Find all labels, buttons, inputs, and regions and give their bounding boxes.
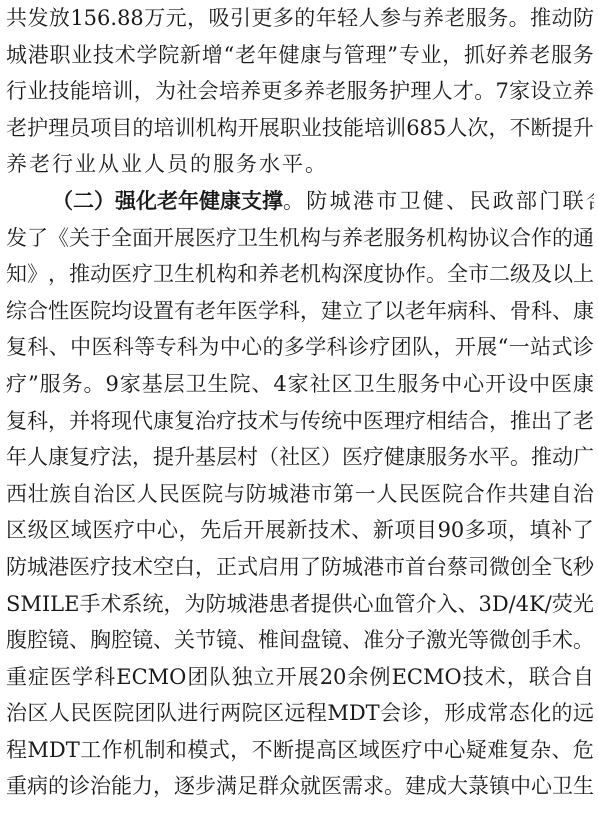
text-line: 疗”服务。9家基层卫生院、4家社区卫生服务中心开设中医康 [6, 366, 594, 403]
text-line: 区级区域医疗中心，先后开展新技术、新项目90多项，填补了 [6, 512, 594, 549]
text-line: 重病的诊治能力，逐步满足群众就医需求。建成大菉镇中心卫生 [6, 768, 594, 805]
text-line: 城港职业技术学院新增“老年健康与管理”专业，抓好养老服务 [6, 37, 594, 74]
text-line: 老护理员项目的培训机构开展职业技能培训685人次，不断提升 [6, 110, 594, 147]
section-heading: （二）强化老年健康支撑 [52, 183, 283, 220]
text-line: 腹腔镜、胸腔镜、关节镜、椎间盘镜、准分子激光等微创手术。 [6, 622, 594, 659]
text-line: SMILE手术系统，为防城港患者提供心血管介入、3D/4K/荧光 [6, 586, 594, 623]
text-line: 治区人民医院团队进行两院区远程MDT会诊，形成常态化的远 [6, 695, 594, 732]
text-line: 程MDT工作机制和模式，不断提高区域医疗中心疑难复杂、危 [6, 732, 594, 769]
document-page: 共发放156.88万元，吸引更多的年轻人参与养老服务。推动防 城港职业技术学院新… [6, 0, 594, 805]
text-line: 复科、中医科等专科为中心的多学科诊疗团队，开展“一站式诊 [6, 329, 594, 366]
text-line: 重症医学科ECMO团队独立开展20余例ECMO技术，联合自 [6, 659, 594, 696]
text-line: 防城港医疗技术空白，正式启用了防城港市首台蔡司微创全飞秒 [6, 549, 594, 586]
text-run: 。防城港市卫健、民政部门联合印 [283, 183, 594, 220]
text-line: 共发放156.88万元，吸引更多的年轻人参与养老服务。推动防 [6, 0, 594, 37]
text-line: 发了《关于全面开展医疗卫生机构与养老服务机构协议合作的通 [6, 220, 594, 257]
text-line: 养老行业从业人员的服务水平。 [6, 146, 594, 183]
text-line: 综合性医院均设置有老年医学科，建立了以老年病科、骨科、康 [6, 293, 594, 330]
text-line: 复科，并将现代康复治疗技术与传统中医理疗相结合，推出了老 [6, 403, 594, 440]
text-line: 年人康复疗法，提升基层村（社区）医疗健康服务水平。推动广 [6, 439, 594, 476]
section-heading-line: （二）强化老年健康支撑。防城港市卫健、民政部门联合印 [6, 183, 594, 220]
text-line: 行业技能培训，为社会培养更多养老服务护理人才。7家设立养 [6, 73, 594, 110]
text-line: 知》，推动医疗卫生机构和养老机构深度协作。全市二级及以上 [6, 256, 594, 293]
text-line: 西壮族自治区人民医院与防城港市第一人民医院合作共建自治 [6, 476, 594, 513]
